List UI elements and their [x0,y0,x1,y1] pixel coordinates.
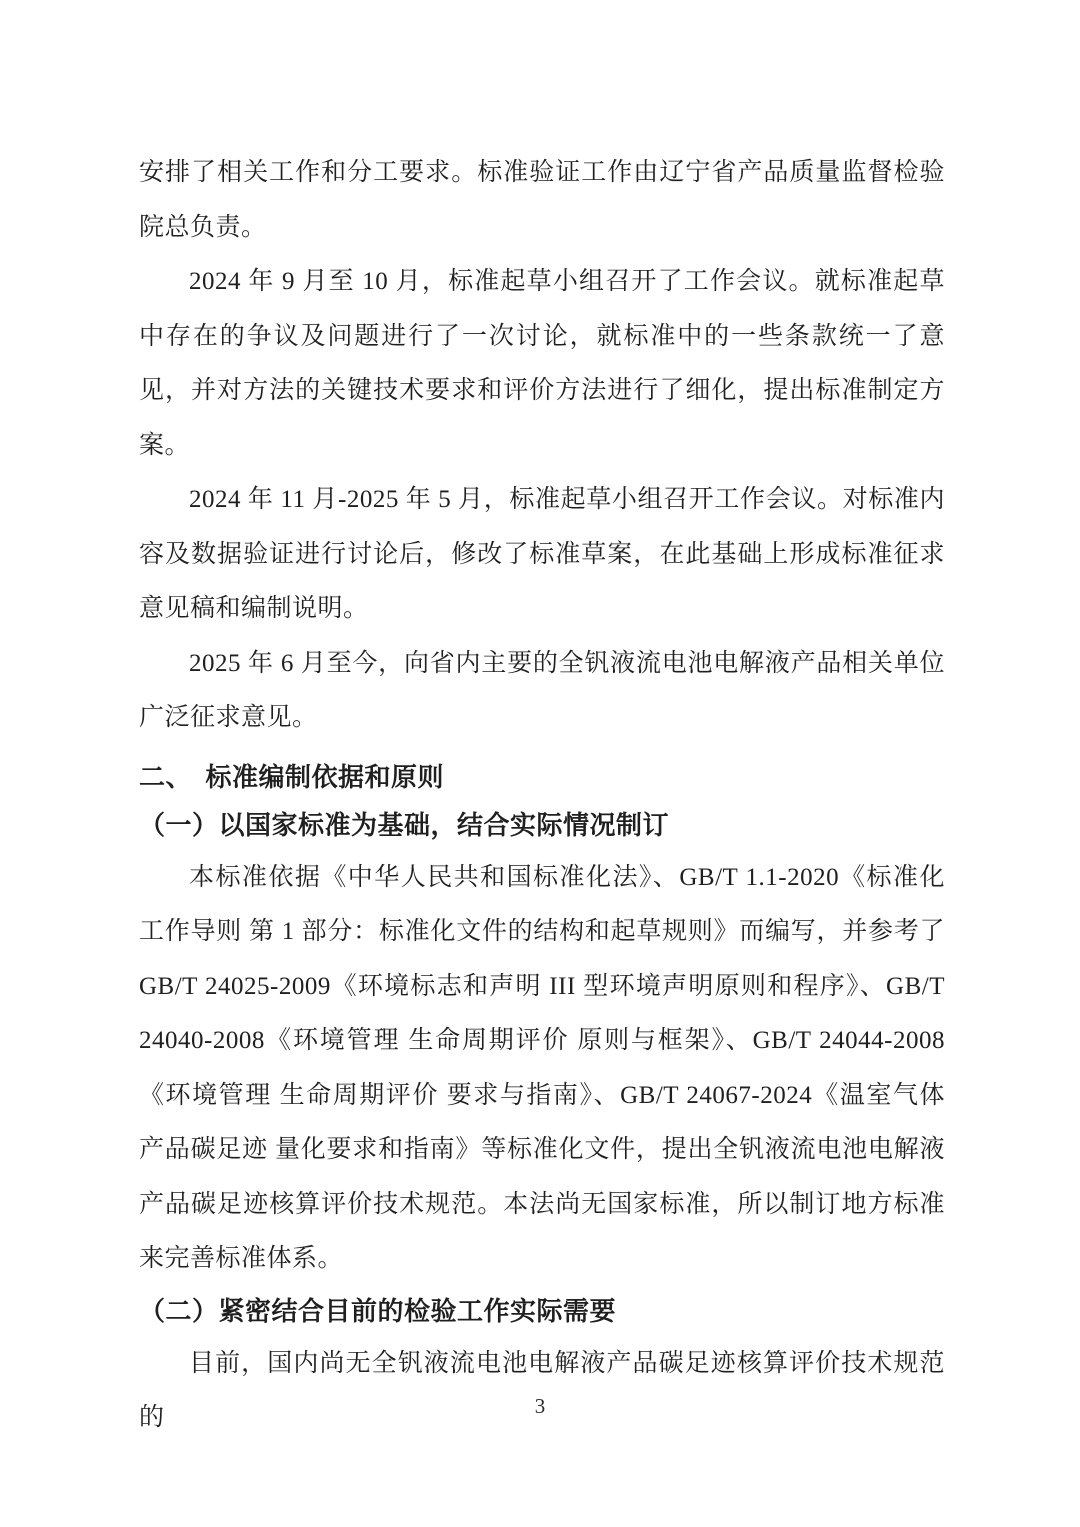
page-number: 3 [0,1392,1080,1420]
paragraph: 目前，国内尚无全钒液流电池电解液产品碳足迹核算评价技术规范的 [139,1337,945,1446]
paragraph-continuation: 安排了相关工作和分工要求。标准验证工作由辽宁省产品质量监督检验院总负责。 [139,146,945,255]
document-body: 安排了相关工作和分工要求。标准验证工作由辽宁省产品质量监督检验院总负责。 202… [139,146,945,1446]
section-heading: 二、 标准编制依据和原则 [139,755,945,800]
paragraph: 2024 年 9 月至 10 月，标准起草小组召开了工作会议。就标准起草中存在的… [139,255,945,473]
paragraph: 2024 年 11 月-2025 年 5 月，标准起草小组召开工作会议。对标准内… [139,473,945,637]
document-page: 安排了相关工作和分工要求。标准验证工作由辽宁省产品质量监督检验院总负责。 202… [0,0,1080,1527]
paragraph: 2025 年 6 月至今，向省内主要的全钒液流电池电解液产品相关单位广泛征求意见… [139,637,945,746]
paragraph: 本标准依据《中华人民共和国标准化法》、GB/T 1.1-2020《标准化工作导则… [139,851,945,1287]
subsection-heading: （二）紧密结合目前的检验工作实际需要 [139,1289,945,1334]
subsection-heading: （一）以国家标准为基础，结合实际情况制订 [139,803,945,848]
